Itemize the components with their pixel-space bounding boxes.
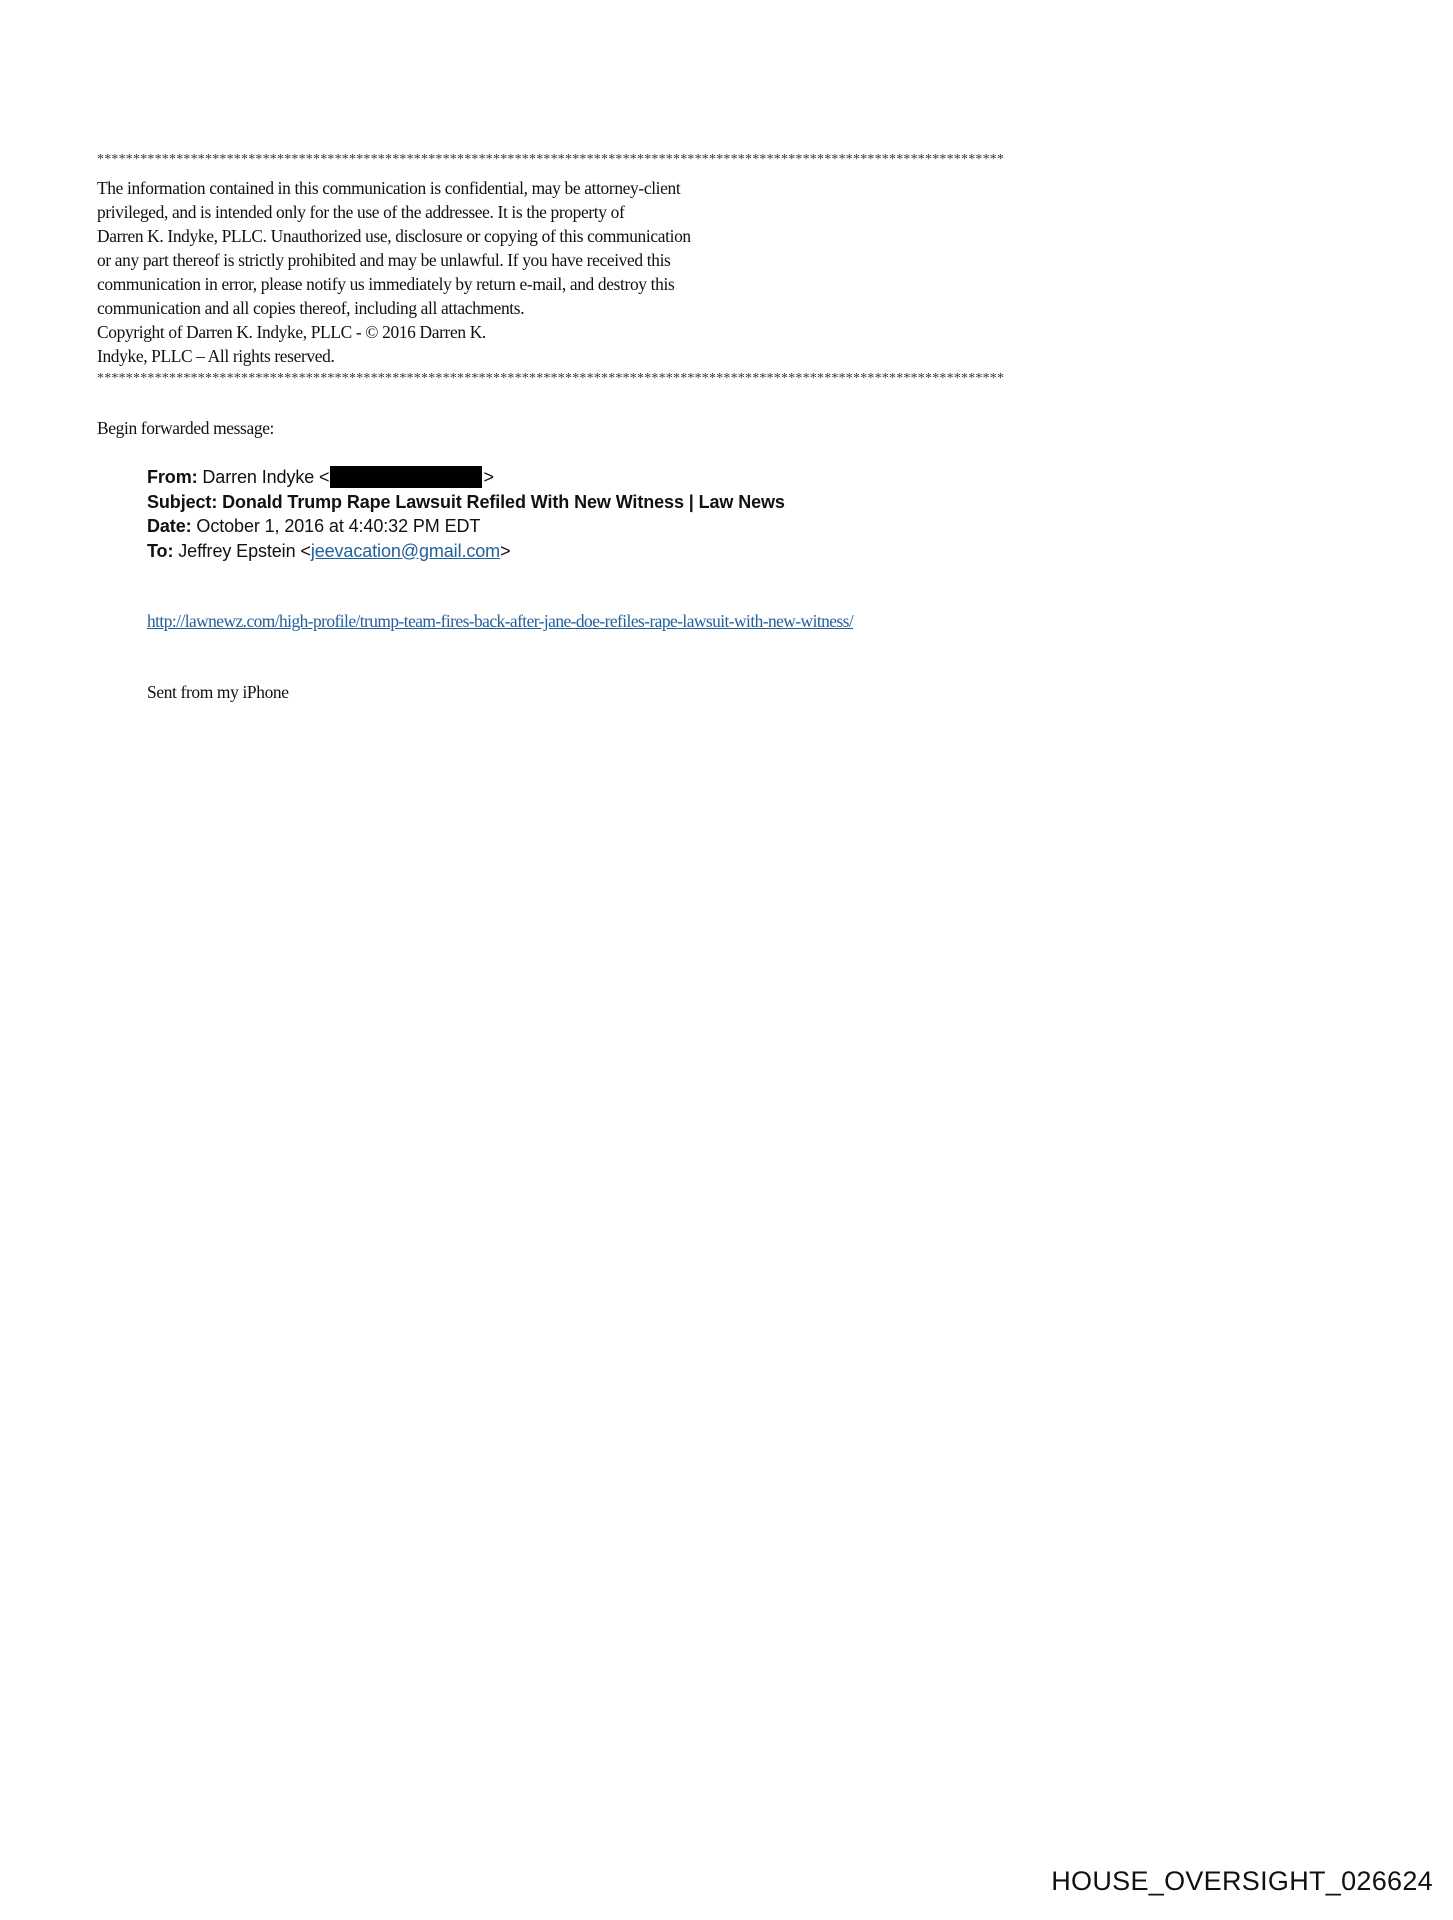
- date-row: Date: October 1, 2016 at 4:40:32 PM EDT: [147, 514, 785, 539]
- date-label: Date:: [147, 516, 192, 536]
- disclaimer-line: Darren K. Indyke, PLLC. Unauthorized use…: [97, 224, 691, 248]
- separator-bottom: ****************************************…: [97, 371, 1004, 387]
- disclaimer-line: The information contained in this commun…: [97, 176, 691, 200]
- bates-number: HOUSE_OVERSIGHT_026624: [1051, 1866, 1433, 1897]
- to-label: To:: [147, 541, 173, 561]
- disclaimer-line: communication and all copies thereof, in…: [97, 296, 691, 320]
- to-close: >: [500, 541, 510, 561]
- redaction-block: [330, 466, 482, 488]
- disclaimer-line: communication in error, please notify us…: [97, 272, 691, 296]
- disclaimer-line: or any part thereof is strictly prohibit…: [97, 248, 691, 272]
- article-link[interactable]: http://lawnewz.com/high-profile/trump-te…: [147, 611, 853, 632]
- begin-forwarded-label: Begin forwarded message:: [97, 418, 274, 439]
- signature: Sent from my iPhone: [147, 682, 289, 703]
- subject-value: Donald Trump Rape Lawsuit Refiled With N…: [222, 492, 785, 512]
- disclaimer-line: Indyke, PLLC – All rights reserved.: [97, 344, 691, 368]
- to-row: To: Jeffrey Epstein <jeevacation@gmail.c…: [147, 539, 785, 564]
- to-name: Jeffrey Epstein <: [178, 541, 311, 561]
- confidentiality-disclaimer: The information contained in this commun…: [97, 176, 691, 368]
- from-close: >: [483, 467, 493, 487]
- from-label: From:: [147, 467, 198, 487]
- disclaimer-line: Copyright of Darren K. Indyke, PLLC - © …: [97, 320, 691, 344]
- disclaimer-line: privileged, and is intended only for the…: [97, 200, 691, 224]
- subject-row: Subject: Donald Trump Rape Lawsuit Refil…: [147, 490, 785, 515]
- forwarded-headers: From: Darren Indyke <> Subject: Donald T…: [147, 465, 785, 563]
- separator-top: ****************************************…: [97, 152, 1004, 168]
- from-row: From: Darren Indyke <>: [147, 465, 785, 490]
- date-value: October 1, 2016 at 4:40:32 PM EDT: [196, 516, 480, 536]
- subject-label: Subject:: [147, 492, 217, 512]
- from-name: Darren Indyke <: [202, 467, 329, 487]
- to-email-link[interactable]: jeevacation@gmail.com: [311, 541, 500, 561]
